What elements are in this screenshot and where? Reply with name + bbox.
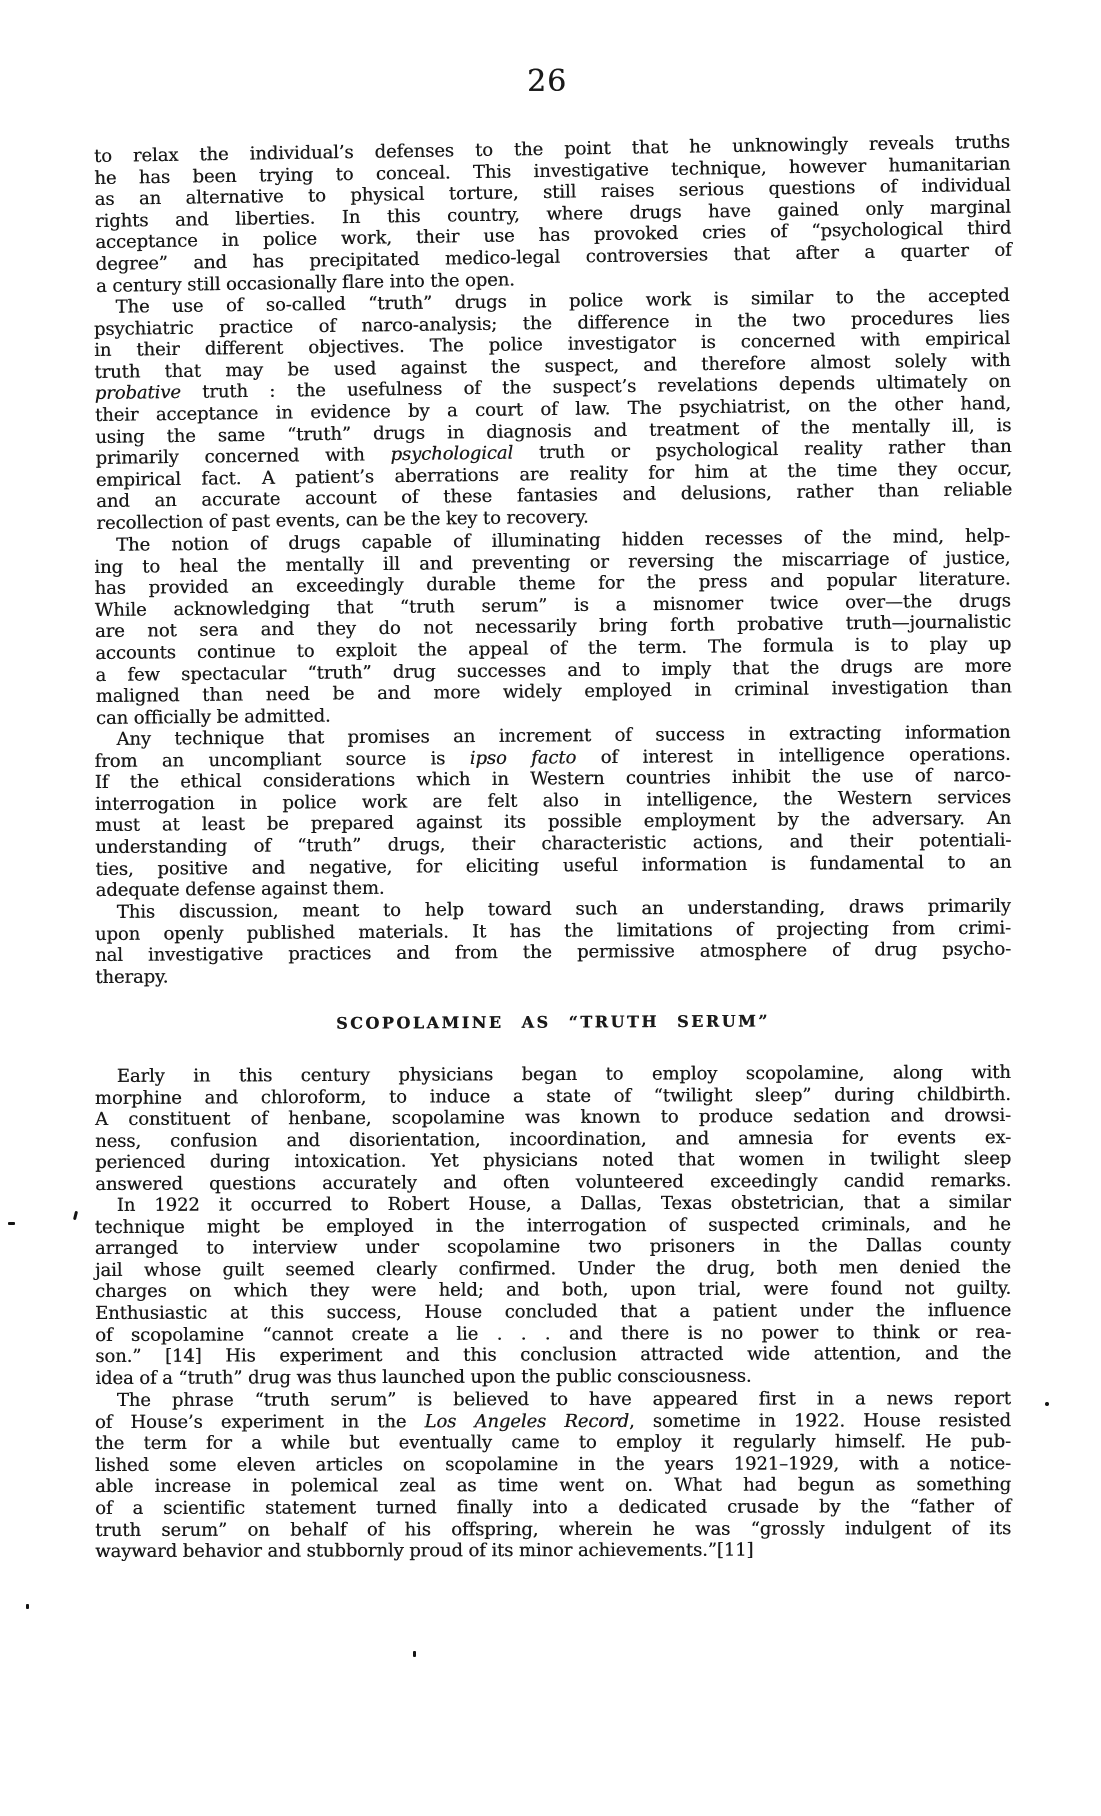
paragraph: In 1922 it occurred to Robert House, a D… <box>95 1192 1012 1390</box>
scan-speck <box>1045 1402 1049 1406</box>
text-run: morphine and chloroform, to induce a sta… <box>95 1083 1011 1108</box>
text-run: jail whose guilt seemed clearly confirme… <box>95 1257 1011 1281</box>
paragraph: The phrase “truth serum” is believed to … <box>95 1388 1011 1563</box>
text-line: truth serum” on behalf of his offspring,… <box>95 1517 1011 1541</box>
scan-speck <box>26 1604 29 1609</box>
paragraph: The use of so-called “truth” drugs in po… <box>93 285 1012 535</box>
text-line: lished some eleven articles on scopolami… <box>95 1453 1011 1477</box>
text-run: of House’s experiment in the <box>95 1411 425 1433</box>
text-run: truth serum” on behalf of his offspring,… <box>95 1517 1011 1540</box>
text-line: of House’s experiment in the Los Angeles… <box>95 1409 1011 1433</box>
paragraph: Early in this century physicians began t… <box>95 1062 1012 1196</box>
text-run: from an uncompliant source is <box>94 748 469 772</box>
text-line: The phrase “truth serum” is believed to … <box>95 1388 1011 1412</box>
text-run: wayward behavior and stubbornly proud of… <box>95 1539 753 1561</box>
italic-text-run: psychological <box>390 443 513 466</box>
scan-speck <box>413 1651 416 1657</box>
text-run: able increase in polemical zeal as time … <box>95 1474 1011 1497</box>
text-line: idea of a “truth” drug was thus launched… <box>95 1365 1011 1390</box>
text-run: The phrase “truth serum” is believed to … <box>117 1388 1011 1411</box>
text-run: can officially be admitted. <box>96 705 331 728</box>
paragraph: This discussion, meant to help toward su… <box>95 895 1012 988</box>
paragraph: Any technique that promises an increment… <box>94 722 1011 902</box>
text-run: perienced during intoxication. Yet physi… <box>95 1148 1011 1173</box>
text-line: son.” [14] His experiment and this concl… <box>95 1343 1011 1368</box>
text-run: son.” [14] His experiment and this concl… <box>95 1343 1011 1367</box>
text-run: Enthusiastic at this success, House conc… <box>95 1300 1011 1324</box>
text-run: lished some eleven articles on scopolami… <box>95 1453 1011 1476</box>
text-run: of scopolamine “cannot create a lie . . … <box>95 1322 1011 1346</box>
text-line: wayward behavior and stubbornly proud of… <box>95 1539 1011 1563</box>
text-run: A constituent of henbane, scopolamine wa… <box>95 1105 1011 1130</box>
text-run: of interest in intelligence operations. <box>576 743 1011 767</box>
text-run: ness, confusion and disorientation, inco… <box>95 1127 1011 1152</box>
section-heading: SCOPOLAMINE AS “TRUTH SERUM” <box>95 1009 1011 1035</box>
text-run: the term for a while but eventually came… <box>95 1431 1011 1454</box>
text-line: the term for a while but eventually came… <box>95 1431 1011 1455</box>
paragraph: The notion of drugs capable of illuminat… <box>94 525 1012 729</box>
paragraph: to relax the individual’s defenses to th… <box>94 132 1012 298</box>
text-run: adequate defense against them. <box>96 878 385 901</box>
italic-text-run: Los Angeles Record <box>424 1410 628 1431</box>
margin-ink-mark <box>8 1222 15 1225</box>
text-run: therapy. <box>95 966 168 988</box>
italic-text-run: probative <box>95 382 181 404</box>
text-run: technique might be employed in the inter… <box>95 1214 1011 1238</box>
text-line: able increase in polemical zeal as time … <box>95 1474 1011 1498</box>
page-number: 26 <box>527 64 567 99</box>
text-run: In 1922 it occurred to Robert House, a D… <box>117 1192 1011 1216</box>
text-run: arranged to interview under scopolamine … <box>95 1235 1011 1259</box>
text-run: , sometime in 1922. House resisted <box>629 1409 1011 1431</box>
text-run: of a scientific statement turned finally… <box>95 1496 1011 1519</box>
text-run: answered questions accurately and often … <box>95 1170 1011 1195</box>
document-body: to relax the individual’s defenses to th… <box>95 146 1011 1562</box>
text-run: Early in this century physicians began t… <box>117 1062 1011 1087</box>
text-run: idea of a “truth” drug was thus launched… <box>95 1366 751 1389</box>
italic-text-run: ipso facto <box>470 747 577 769</box>
margin-ink-mark <box>73 1211 78 1220</box>
text-run: charges on which they were held; and bot… <box>95 1278 1011 1302</box>
document-page: 26 to relax the individual’s defenses to… <box>0 0 1101 1816</box>
text-line: of a scientific statement turned finally… <box>95 1496 1011 1520</box>
